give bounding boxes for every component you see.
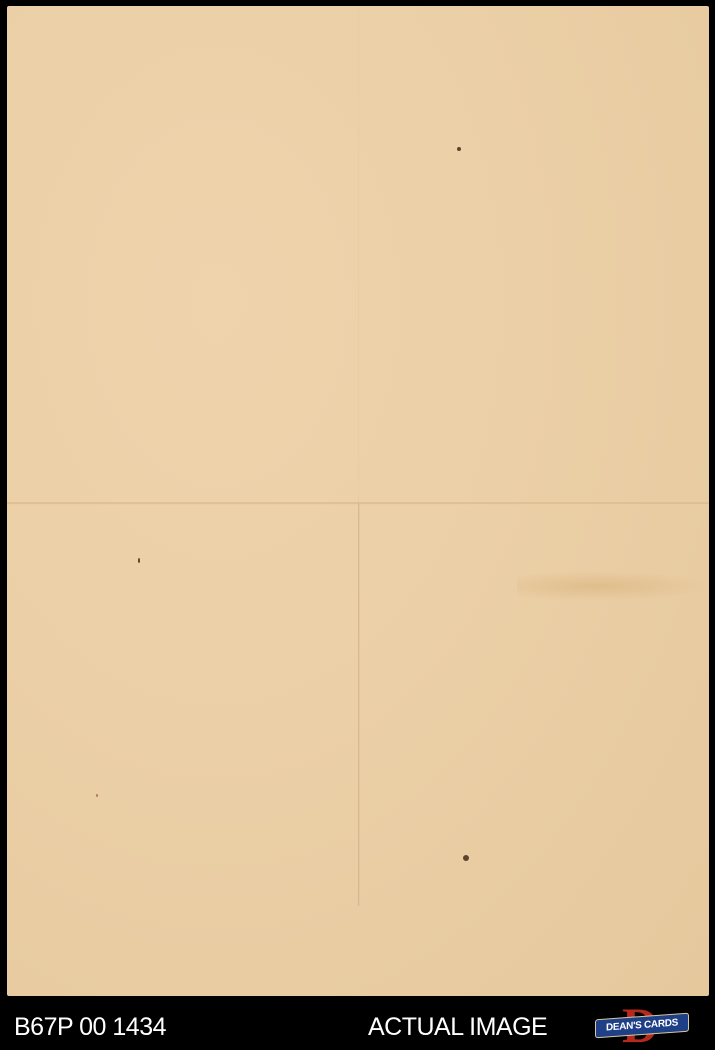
paper-speck (457, 147, 461, 151)
vertical-fold-crease (358, 502, 360, 906)
vertical-crease-top (358, 6, 360, 502)
actual-image-label: ACTUAL IMAGE (368, 1013, 547, 1042)
paper-stain (517, 571, 712, 601)
paper-speck (138, 558, 140, 563)
paper-speck (96, 794, 98, 797)
logo-ribbon: DEAN'S CARDS (595, 1013, 689, 1039)
card-back-image (7, 6, 709, 996)
deans-cards-logo: D DEAN'S CARDS (593, 1003, 689, 1047)
paper-speck (463, 855, 469, 861)
item-code: B67P 00 1434 (14, 1013, 166, 1042)
